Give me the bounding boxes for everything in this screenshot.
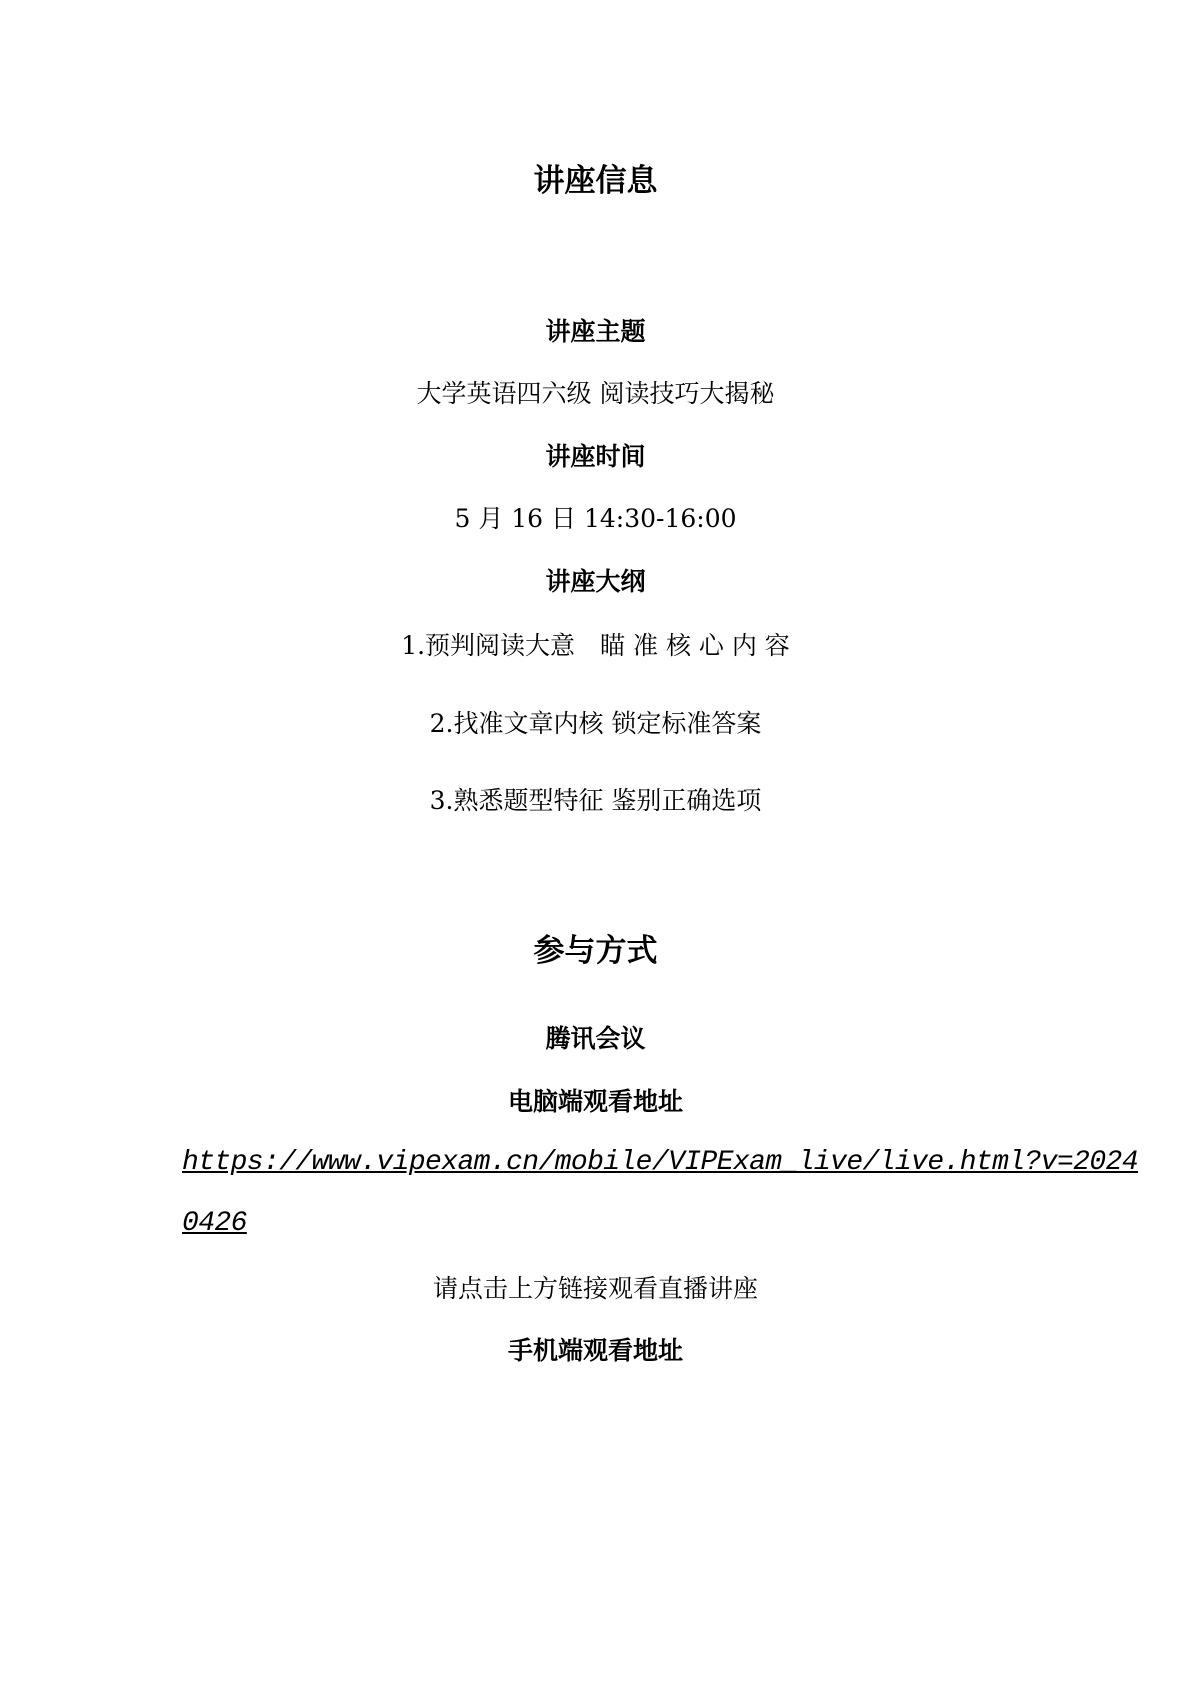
- pc-watch-link-continued[interactable]: 0426: [182, 1208, 247, 1239]
- topic-value: 大学英语四六级 阅读技巧大揭秘: [0, 374, 1191, 410]
- pc-watch-link[interactable]: https://www.vipexam.cn/mobile/VIPExam_li…: [182, 1147, 1138, 1178]
- outline-label: 讲座大纲: [0, 562, 1191, 598]
- pc-link-hint: 请点击上方链接观看直播讲座: [0, 1269, 1191, 1305]
- section-title-participation: 参与方式: [0, 925, 1191, 970]
- platform-label: 腾讯会议: [0, 1019, 1191, 1055]
- time-value: 5 月 16 日 14:30-16:00: [0, 499, 1191, 535]
- outline-item: 2.找准文章内核 锁定标准答案: [0, 704, 1191, 740]
- outline-item: 1.预判阅读大意 瞄 准 核 心 内 容: [0, 626, 1191, 662]
- section-title-lecture-info: 讲座信息: [0, 155, 1191, 200]
- mobile-address-label: 手机端观看地址: [0, 1331, 1191, 1367]
- outline-item: 3.熟悉题型特征 鉴别正确选项: [0, 781, 1191, 817]
- pc-address-label: 电脑端观看地址: [0, 1082, 1191, 1118]
- time-label: 讲座时间: [0, 437, 1191, 473]
- topic-label: 讲座主题: [0, 312, 1191, 348]
